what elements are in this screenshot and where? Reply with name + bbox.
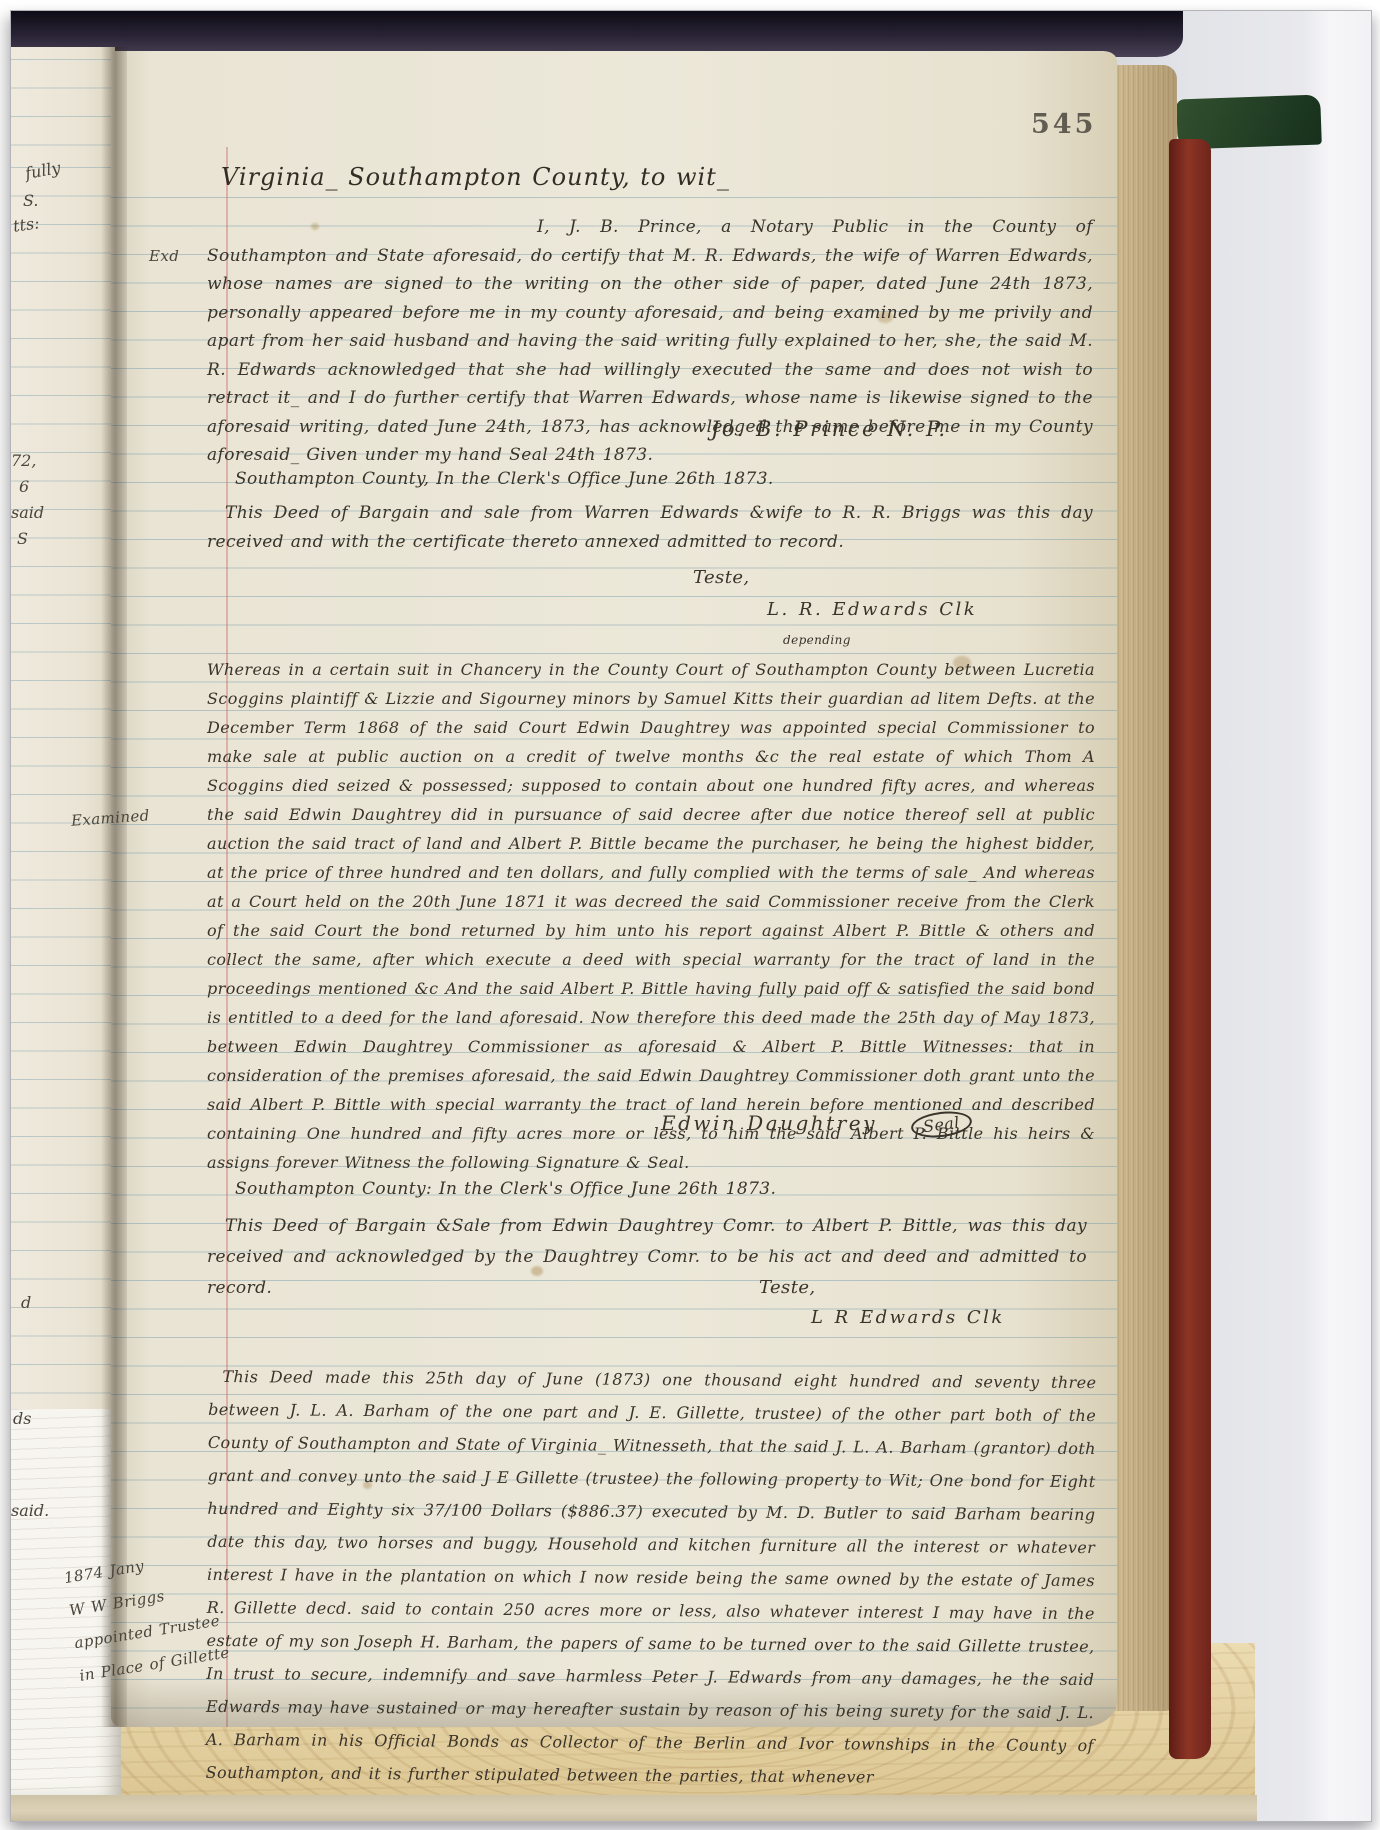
clerk-entry-2-signature: L R Edwards Clk: [811, 1307, 1005, 1328]
left-page-fragment: d: [21, 1293, 31, 1312]
margin-note-exd: Exd: [149, 247, 179, 265]
left-page-fragment: tts:: [12, 213, 41, 235]
clerk-entry-1-body: This Deed of Bargain and sale from Warre…: [207, 499, 1093, 557]
margin-note-examined: Examined: [70, 806, 150, 829]
deed-1-paragraph: Whereas in a certain suit in Chancery in…: [207, 655, 1095, 1177]
left-page-fragment: said: [11, 503, 44, 522]
left-page-fragment: S: [17, 529, 28, 548]
clerk-entry-2-heading: Southampton County: In the Clerk's Offic…: [235, 1179, 776, 1199]
left-page-fragment: ds: [13, 1409, 31, 1428]
left-page-fragment: 72,: [11, 451, 36, 470]
left-page-fragment: said.: [11, 1501, 49, 1520]
clerk-entry-1-signature: L. R. Edwards Clk: [767, 599, 977, 620]
clerk-entry-1-heading: Southampton County, In the Clerk's Offic…: [235, 469, 774, 489]
left-page-fragment: fully: [24, 158, 62, 183]
section-heading: Virginia_ Southampton County, to wit_: [221, 163, 861, 191]
margin-note-trustee: 1874 Jany W W Briggs appointed Trustee i…: [62, 1537, 241, 1692]
clerk-entry-1-attest: Teste,: [693, 567, 750, 588]
page-number: 545: [1031, 109, 1096, 140]
notary-paragraph: I, J. B. Prince, a Notary Public in the …: [207, 213, 1093, 470]
deed-1-signature-row: Edwin DaughtreySeal: [661, 1111, 972, 1137]
left-page-fragment: 6: [19, 477, 29, 496]
clerk-entry-2-attest: Teste,: [759, 1277, 816, 1298]
interlineation-note: depending: [783, 633, 851, 647]
deed-1-signature: Edwin Daughtrey: [661, 1111, 877, 1135]
notary-signature: Jo. B. Prince N. P.: [711, 417, 948, 441]
clerk-entry-2-body: This Deed of Bargain &Sale from Edwin Da…: [207, 1211, 1087, 1304]
ledger-photo: 545 Virginia_ Southampton County, to wit…: [10, 10, 1372, 1822]
deed-2-paragraph: This Deed made this 25th day of June (18…: [206, 1360, 1097, 1795]
left-page-fragment: S.: [23, 191, 38, 210]
seal-mark: Seal: [910, 1108, 973, 1140]
handwriting-layer: 545 Virginia_ Southampton County, to wit…: [11, 11, 1371, 1821]
